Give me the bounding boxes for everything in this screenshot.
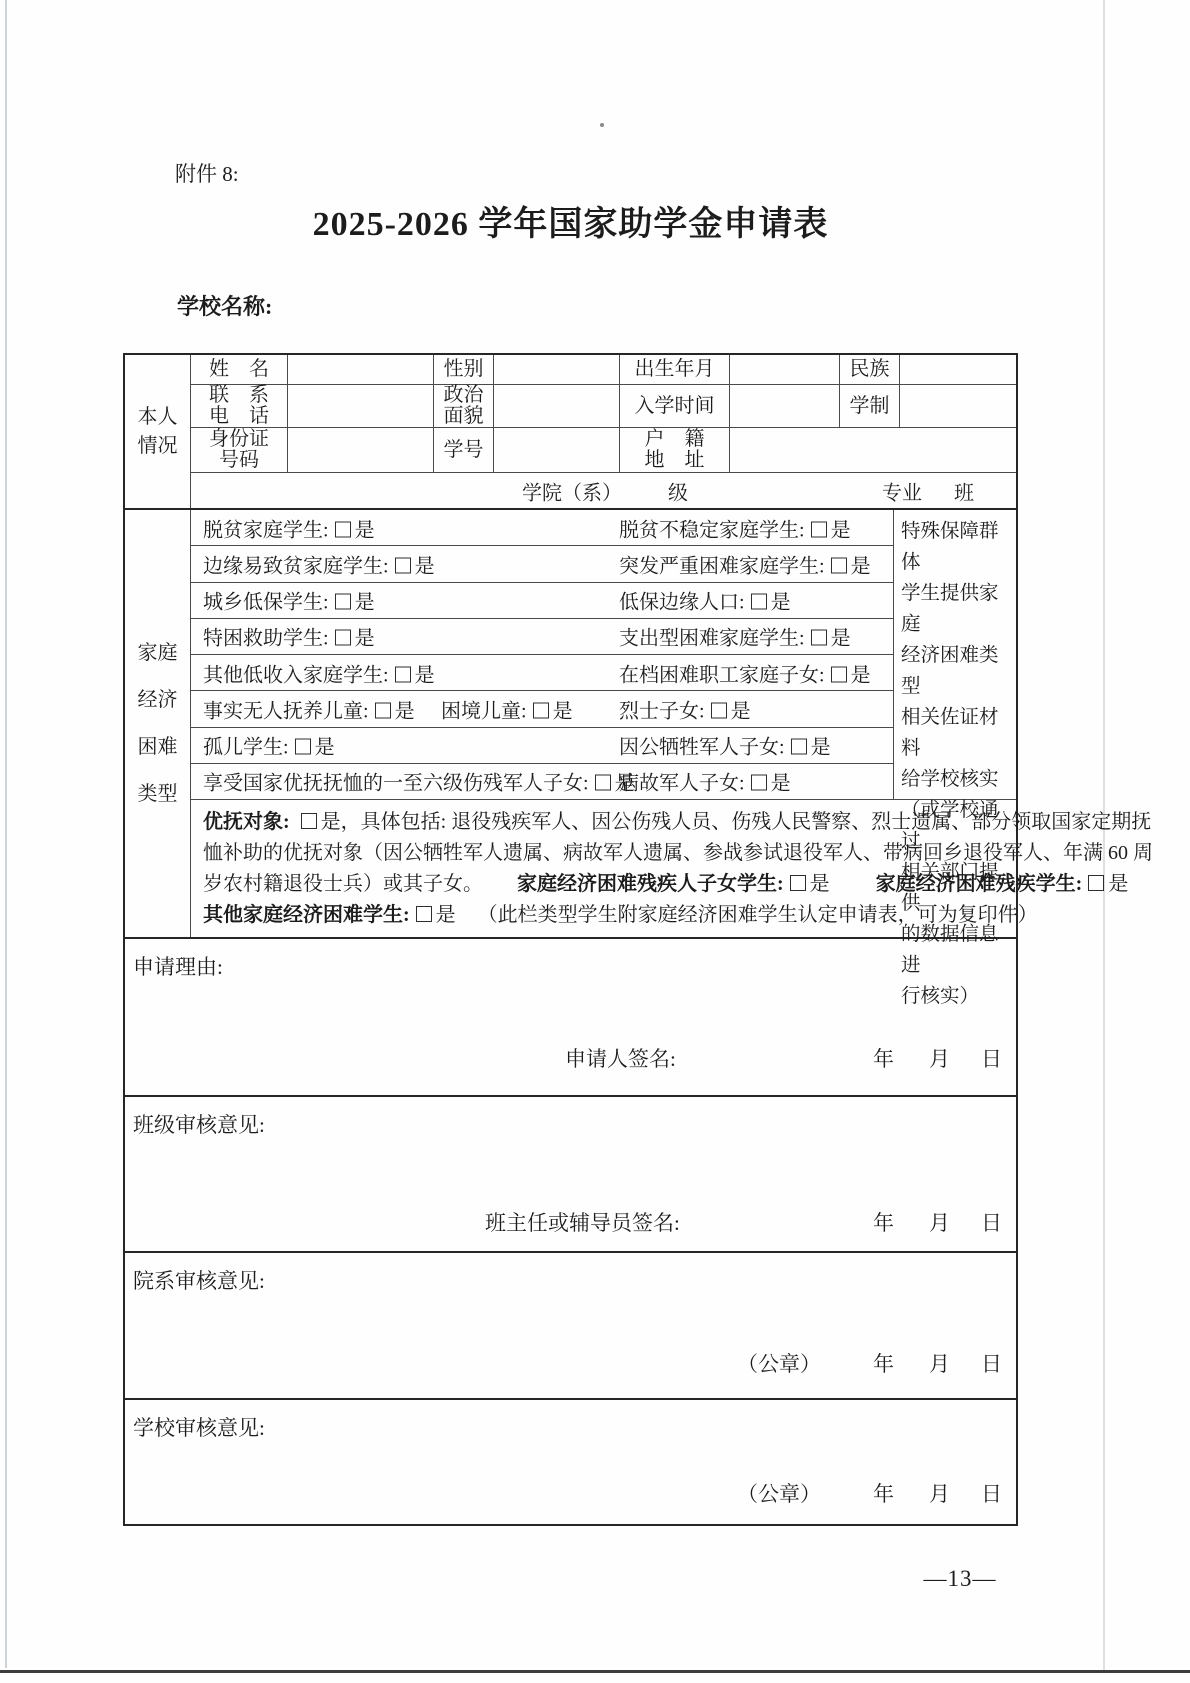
checkbox-icon bbox=[395, 557, 411, 573]
family-type-label: 孤儿学生: bbox=[203, 737, 289, 759]
paragraph-text: 岁农村籍退役士兵）或其子女。 bbox=[203, 873, 483, 895]
checkbox-icon bbox=[335, 594, 351, 610]
official-seal-label: （公章） bbox=[737, 1478, 821, 1508]
yes-label: 是 bbox=[731, 700, 751, 722]
paragraph-text: 优抚对象: bbox=[203, 811, 295, 833]
id-number-label: 身份证 号码 bbox=[191, 428, 288, 472]
checkbox-icon bbox=[335, 521, 351, 537]
yes-label: 是 bbox=[811, 737, 831, 759]
student-id-value-cell bbox=[494, 428, 620, 472]
paragraph-line: 优抚对象: 是，具体包括: 退役残疾军人、因公伤残人员、伤残人民警察、烈士遗属、… bbox=[203, 807, 1008, 838]
family-type-label: 困境儿童: bbox=[441, 700, 527, 722]
checkbox-icon bbox=[375, 702, 391, 718]
checkbox-icon bbox=[751, 594, 767, 610]
family-type-row: 享受国家优抚抚恤的一至六级伤残军人子女:是病故军人子女:是 bbox=[191, 764, 893, 799]
day-label: 日 bbox=[981, 1207, 1002, 1237]
family-top-area: 脱贫家庭学生:是脱贫不稳定家庭学生:是边缘易致贫家庭学生:是突发严重困难家庭学生… bbox=[191, 510, 1016, 800]
section-application-reason: 申请理由: 申请人签名: 年 月 日 bbox=[125, 939, 1016, 1097]
checkbox-icon bbox=[301, 813, 317, 829]
year-label: 年 bbox=[873, 1348, 894, 1378]
checkbox-icon bbox=[791, 739, 807, 755]
month-label: 月 bbox=[929, 1478, 950, 1508]
college-dept-label: 学院（系） bbox=[522, 476, 622, 505]
family-type-label: 突发严重困难家庭学生: bbox=[619, 555, 825, 577]
personal-row-3: 身份证 号码 学号 户 籍 地 址 bbox=[191, 428, 1016, 473]
family-type-item: 支出型困难家庭学生:是 bbox=[619, 622, 851, 651]
paragraph-text: 是 bbox=[1108, 873, 1128, 895]
scan-noise-dot bbox=[600, 123, 604, 127]
yes-label: 是 bbox=[831, 519, 851, 541]
day-label: 日 bbox=[981, 1043, 1002, 1073]
name-label: 姓 名 bbox=[191, 355, 288, 384]
family-type-item: 边缘易致贫家庭学生:是 bbox=[203, 549, 435, 578]
family-type-row: 边缘易致贫家庭学生:是突发严重困难家庭学生:是 bbox=[191, 546, 893, 582]
month-label: 月 bbox=[929, 1348, 950, 1378]
family-type-item: 城乡低保学生:是 bbox=[203, 586, 375, 615]
yes-label: 是 bbox=[415, 555, 435, 577]
school-review-sign-row: （公章） 年 月 日 bbox=[125, 1478, 1016, 1502]
yes-label: 是 bbox=[553, 700, 573, 722]
yes-label: 是 bbox=[415, 664, 435, 686]
reason-label: 申请理由: bbox=[133, 951, 223, 981]
family-type-row: 特困救助学生:是支出型困难家庭学生:是 bbox=[191, 619, 893, 655]
scanned-form-page: 附件 8: 2025-2026 学年国家助学金申请表 学校名称: 本人 情况 姓… bbox=[0, 0, 1190, 1683]
family-type-label: 城乡低保学生: bbox=[203, 592, 329, 614]
ethnicity-value-cell bbox=[900, 355, 1016, 384]
family-type-label: 享受国家优抚抚恤的一至六级伤残军人子女: bbox=[203, 773, 589, 795]
paragraph-text: （此栏类型学生附家庭经济困难学生认定申请表，可为复印件） bbox=[478, 904, 1038, 926]
personal-row-2: 联 系 电 话 政治 面貌 入学时间 学制 bbox=[191, 385, 1016, 428]
scan-edge-right bbox=[1103, 0, 1105, 1670]
checkbox-icon bbox=[395, 666, 411, 682]
checkbox-icon bbox=[533, 702, 549, 718]
family-type-item: 因公牺牲军人子女:是 bbox=[619, 731, 831, 760]
class-review-sign-row: 班主任或辅导员签名: 年 月 日 bbox=[125, 1207, 1016, 1231]
dept-review-label: 院系审核意见: bbox=[133, 1265, 265, 1295]
student-id-label: 学号 bbox=[434, 428, 494, 472]
school-review-label: 学校审核意见: bbox=[133, 1412, 265, 1442]
yes-label: 是 bbox=[771, 592, 791, 614]
family-type-item: 突发严重困难家庭学生:是 bbox=[619, 549, 871, 578]
class-label: 班 bbox=[954, 476, 974, 505]
attachment-label: 附件 8: bbox=[175, 158, 239, 188]
registered-address-label: 户 籍 地 址 bbox=[620, 428, 730, 472]
family-type-label: 烈士子女: bbox=[619, 700, 705, 722]
family-type-label: 脱贫家庭学生: bbox=[203, 519, 329, 541]
yes-label: 是 bbox=[831, 628, 851, 650]
id-number-value-cell bbox=[288, 428, 434, 472]
checkbox-icon bbox=[751, 775, 767, 791]
family-type-label: 支出型困难家庭学生: bbox=[619, 628, 805, 650]
scan-edge-bottom bbox=[0, 1670, 1190, 1673]
checkbox-icon bbox=[295, 739, 311, 755]
yes-label: 是 bbox=[851, 555, 871, 577]
page-title: 2025-2026 学年国家助学金申请表 bbox=[123, 196, 1018, 245]
paragraph-text: 家庭经济困难残疾人子女学生: bbox=[517, 873, 784, 895]
yes-label: 是 bbox=[315, 737, 335, 759]
birth-date-value-cell bbox=[730, 355, 840, 384]
family-type-label: 边缘易致贫家庭学生: bbox=[203, 555, 389, 577]
application-form-table: 本人 情况 姓 名 性别 出生年月 民族 联 系 电 话 政治 面貌 bbox=[123, 353, 1018, 1526]
checkbox-icon bbox=[416, 906, 432, 922]
month-label: 月 bbox=[929, 1207, 950, 1237]
yes-label: 是 bbox=[355, 628, 375, 650]
family-type-item: 低保边缘人口:是 bbox=[619, 586, 791, 615]
family-type-item: 事实无人抚养儿童:是 bbox=[203, 694, 415, 723]
special-group-note: 特殊保障群体 学生提供家庭 经济困难类型 相关佐证材料 给学校核实 （或学校通过… bbox=[893, 510, 1016, 799]
college-class-row: 学院（系） 级 专业 班 bbox=[191, 473, 1016, 508]
family-type-label: 低保边缘人口: bbox=[619, 592, 745, 614]
political-status-label: 政治 面貌 bbox=[434, 385, 494, 427]
veteran-paragraph: 优抚对象: 是，具体包括: 退役残疾军人、因公伤残人员、伤残人民警察、烈士遗属、… bbox=[191, 800, 1016, 937]
family-type-row: 其他低收入家庭学生:是在档困难职工家庭子女:是 bbox=[191, 655, 893, 691]
family-type-item: 脱贫家庭学生:是 bbox=[203, 513, 375, 542]
enrollment-time-label: 入学时间 bbox=[620, 385, 730, 427]
yes-label: 是 bbox=[355, 519, 375, 541]
family-rows: 脱贫家庭学生:是脱贫不稳定家庭学生:是边缘易致贫家庭学生:是突发严重困难家庭学生… bbox=[191, 510, 893, 799]
personal-section-label: 本人 情况 bbox=[125, 355, 191, 508]
schooling-length-value-cell bbox=[900, 385, 1016, 427]
paragraph-text: 是 bbox=[436, 904, 456, 926]
section-dept-review: 院系审核意见: （公章） 年 月 日 bbox=[125, 1253, 1016, 1400]
checkbox-icon bbox=[831, 557, 847, 573]
family-type-row: 城乡低保学生:是低保边缘人口:是 bbox=[191, 583, 893, 619]
gender-label: 性别 bbox=[434, 355, 494, 384]
year-label: 年 bbox=[873, 1043, 894, 1073]
month-label: 月 bbox=[929, 1043, 950, 1073]
year-label: 年 bbox=[873, 1478, 894, 1508]
schooling-length-label: 学制 bbox=[840, 385, 900, 427]
scan-edge-left bbox=[5, 0, 7, 1668]
gender-value-cell bbox=[494, 355, 620, 384]
checkbox-icon bbox=[811, 630, 827, 646]
major-label: 专业 bbox=[882, 476, 922, 505]
political-status-value-cell bbox=[494, 385, 620, 427]
family-type-label: 病故军人子女: bbox=[619, 773, 745, 795]
day-label: 日 bbox=[981, 1348, 1002, 1378]
ethnicity-label: 民族 bbox=[840, 355, 900, 384]
year-label: 年 bbox=[873, 1207, 894, 1237]
teacher-signature-label: 班主任或辅导员签名: bbox=[485, 1207, 680, 1237]
family-type-label: 其他低收入家庭学生: bbox=[203, 664, 389, 686]
checkbox-icon bbox=[790, 875, 806, 891]
enrollment-time-value-cell bbox=[730, 385, 840, 427]
grade-label: 级 bbox=[668, 476, 688, 505]
family-type-label: 事实无人抚养儿童: bbox=[203, 700, 369, 722]
paragraph-text: 其他家庭经济困难学生: bbox=[203, 904, 410, 926]
family-type-item: 脱贫不稳定家庭学生:是 bbox=[619, 513, 851, 542]
family-section-label: 家庭 经济 困难 类型 bbox=[125, 510, 191, 937]
checkbox-icon bbox=[811, 521, 827, 537]
paragraph-text: 是，具体包括: 退役残疾军人、因公伤残人员、伤残人民警察、烈士遗属、部分领取国家… bbox=[321, 811, 1152, 833]
paragraph-text: 恤补助的优抚对象（因公牺牲军人遗属、病故军人遗属、参战参试退役军人、带病回乡退役… bbox=[203, 842, 1153, 864]
section-personal-info: 本人 情况 姓 名 性别 出生年月 民族 联 系 电 话 政治 面貌 bbox=[125, 355, 1016, 510]
family-type-row: 脱贫家庭学生:是脱贫不稳定家庭学生:是 bbox=[191, 510, 893, 546]
phone-value-cell bbox=[288, 385, 434, 427]
family-main: 脱贫家庭学生:是脱贫不稳定家庭学生:是边缘易致贫家庭学生:是突发严重困难家庭学生… bbox=[191, 510, 1016, 937]
checkbox-icon bbox=[335, 630, 351, 646]
name-value-cell bbox=[288, 355, 434, 384]
family-type-item: 其他低收入家庭学生:是 bbox=[203, 658, 435, 687]
checkbox-icon bbox=[595, 775, 611, 791]
family-type-item: 病故军人子女:是 bbox=[619, 767, 791, 796]
checkbox-icon bbox=[711, 702, 727, 718]
family-type-label: 在档困难职工家庭子女: bbox=[619, 664, 825, 686]
family-type-label: 脱贫不稳定家庭学生: bbox=[619, 519, 805, 541]
class-review-label: 班级审核意见: bbox=[133, 1109, 265, 1139]
family-type-label: 特困救助学生: bbox=[203, 628, 329, 650]
personal-row-1: 姓 名 性别 出生年月 民族 bbox=[191, 355, 1016, 385]
yes-label: 是 bbox=[851, 664, 871, 686]
paragraph-line: 其他家庭经济困难学生:是（此栏类型学生附家庭经济困难学生认定申请表，可为复印件） bbox=[203, 900, 1008, 931]
checkbox-icon bbox=[1088, 875, 1104, 891]
registered-address-value-cell bbox=[730, 428, 1016, 472]
family-type-label: 因公牺牲军人子女: bbox=[619, 737, 785, 759]
family-type-item: 在档困难职工家庭子女:是 bbox=[619, 658, 871, 687]
section-family-difficulty: 家庭 经济 困难 类型 脱贫家庭学生:是脱贫不稳定家庭学生:是边缘易致贫家庭学生… bbox=[125, 510, 1016, 939]
school-name-label: 学校名称: bbox=[177, 290, 272, 321]
family-type-item: 困境儿童:是 bbox=[441, 694, 573, 723]
day-label: 日 bbox=[981, 1478, 1002, 1508]
family-type-row: 事实无人抚养儿童:是困境儿童:是烈士子女:是 bbox=[191, 691, 893, 727]
family-type-item: 烈士子女:是 bbox=[619, 694, 751, 723]
personal-rows: 姓 名 性别 出生年月 民族 联 系 电 话 政治 面貌 入学时间 学 bbox=[191, 355, 1016, 508]
yes-label: 是 bbox=[395, 700, 415, 722]
paragraph-line: 恤补助的优抚对象（因公牺牲军人遗属、病故军人遗属、参战参试退役军人、带病回乡退役… bbox=[203, 838, 1008, 869]
reason-sign-row: 申请人签名: 年 月 日 bbox=[125, 1043, 1016, 1067]
applicant-signature-label: 申请人签名: bbox=[565, 1043, 676, 1073]
birth-date-label: 出生年月 bbox=[620, 355, 730, 384]
paragraph-text: 是 bbox=[810, 873, 830, 895]
section-class-review: 班级审核意见: 班主任或辅导员签名: 年 月 日 bbox=[125, 1097, 1016, 1253]
family-type-item: 孤儿学生:是 bbox=[203, 731, 335, 760]
family-type-item: 特困救助学生:是 bbox=[203, 622, 375, 651]
checkbox-icon bbox=[831, 666, 847, 682]
paragraph-line: 岁农村籍退役士兵）或其子女。家庭经济困难残疾人子女学生:是家庭经济困难残疾学生:… bbox=[203, 869, 1008, 900]
phone-label: 联 系 电 话 bbox=[191, 385, 288, 427]
official-seal-label: （公章） bbox=[737, 1348, 821, 1378]
yes-label: 是 bbox=[355, 592, 375, 614]
section-school-review: 学校审核意见: （公章） 年 月 日 bbox=[125, 1400, 1016, 1524]
paragraph-text: 家庭经济困难残疾学生: bbox=[876, 873, 1083, 895]
yes-label: 是 bbox=[771, 773, 791, 795]
dept-review-sign-row: （公章） 年 月 日 bbox=[125, 1348, 1016, 1372]
page-number: —13— bbox=[905, 1566, 1015, 1592]
family-type-item: 享受国家优抚抚恤的一至六级伤残军人子女:是 bbox=[203, 767, 635, 796]
family-type-row: 孤儿学生:是因公牺牲军人子女:是 bbox=[191, 728, 893, 764]
